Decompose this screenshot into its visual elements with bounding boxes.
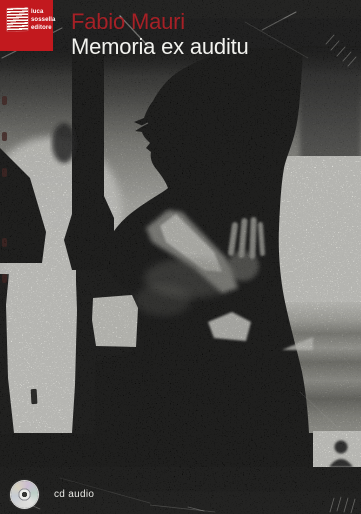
cover-photo [0, 0, 361, 514]
author-name: Fabio Mauri [71, 9, 249, 34]
publisher-name-line: luca [31, 9, 55, 17]
publisher-badge: luca sossella editore [0, 0, 53, 51]
cd-audio-badge: cd audio [11, 481, 94, 508]
book-cover: luca sossella editore Fabio Mauri Memori… [0, 0, 361, 514]
cd-disc-icon [11, 481, 38, 508]
stacked-lines-icon [7, 8, 28, 32]
publisher-name: luca sossella editore [31, 9, 55, 32]
cd-audio-label: cd audio [54, 489, 94, 500]
publisher-name-line: editore [31, 25, 55, 33]
work-title: Memoria ex auditu [71, 34, 249, 59]
publisher-name-line: sossella [31, 17, 55, 25]
title-block: Fabio Mauri Memoria ex auditu [71, 9, 249, 59]
